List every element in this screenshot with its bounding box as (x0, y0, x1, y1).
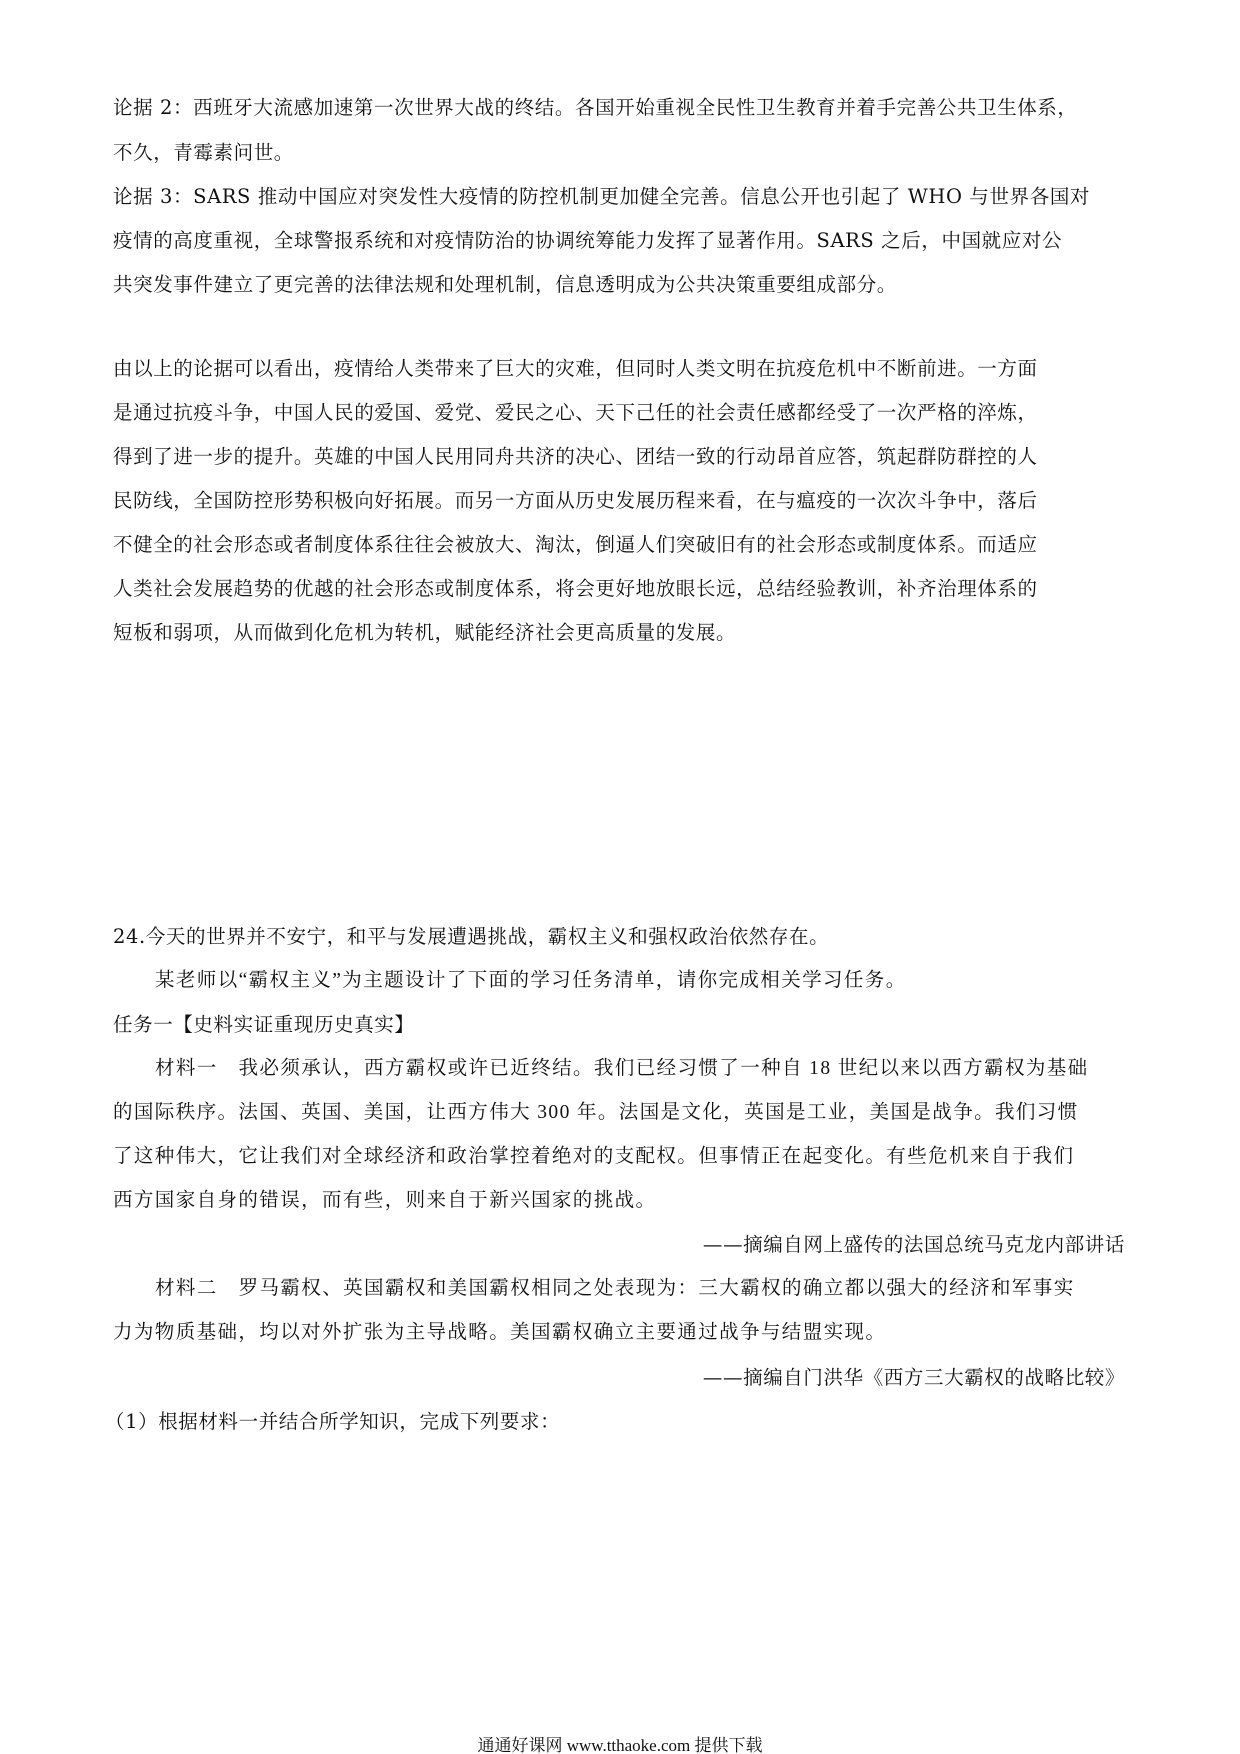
conclusion-line-5: 不健全的社会形态或者制度体系往往会被放大、淘汰，倒逼人们突破旧有的社会形态或制度… (113, 533, 1128, 557)
evidence-3-line-2: 疫情的高度重视，全球警报系统和对疫情防治的协调统筹能力发挥了显著作用。SARS … (113, 229, 1128, 253)
task-1-title: 任务一【史料实证重现历史真实】 (113, 1013, 1128, 1037)
page-footer: 通通好课网 www.tthaoke.com 提供下载 (0, 1731, 1240, 1754)
evidence-3-line-3: 共突发事件建立了更完善的法律法规和处理机制，信息透明成为公共决策重要组成部分。 (113, 273, 1128, 297)
material-1-line-3: 了这种伟大，它让我们对全球经济和政治掌控着绝对的支配权。但事情正在起变化。有些危… (113, 1145, 1128, 1169)
conclusion-line-3: 得到了进一步的提升。英雄的中国人民用同舟共济的决心、团结一致的行动昂首应答，筑起… (113, 445, 1128, 469)
document-page: 论据 2：西班牙大流感加速第一次世界大战的终结。各国开始重视全民性卫生教育并着手… (0, 0, 1240, 1754)
material-2-line-2: 力为物质基础，均以对外扩张为主导战略。美国霸权确立主要通过战争与结盟实现。 (113, 1321, 1128, 1345)
sub-question-1: （1）根据材料一并结合所学知识，完成下列要求： (105, 1410, 1120, 1434)
evidence-2-line-2: 不久，青霉素问世。 (113, 141, 1128, 165)
material-1-line-1: 材料一 我必须承认，西方霸权或许已近终结。我们已经习惯了一种自 18 世纪以来以… (155, 1057, 1170, 1081)
conclusion-line-7: 短板和弱项，从而做到化危机为转机，赋能经济社会更高质量的发展。 (113, 621, 1128, 645)
question-24-intro: 某老师以“霸权主义”为主题设计了下面的学习任务清单，请你完成相关学习任务。 (155, 969, 1170, 993)
conclusion-line-6: 人类社会发展趋势的优越的社会形态或制度体系，将会更好地放眼长远，总结经验教训，补… (113, 577, 1128, 601)
conclusion-line-1: 由以上的论据可以看出，疫情给人类带来了巨大的灾难，但同时人类文明在抗疫危机中不断… (113, 357, 1128, 381)
conclusion-line-4: 民防线，全国防控形势积极向好拓展。而另一方面从历史发展历程来看，在与瘟疫的一次次… (113, 489, 1128, 513)
material-1-source: ——摘编自网上盛传的法国总统马克龙内部讲话 (703, 1233, 1125, 1257)
material-2-source: ——摘编自门洪华《西方三大霸权的战略比较》 (703, 1366, 1125, 1390)
evidence-2-line-1: 论据 2：西班牙大流感加速第一次世界大战的终结。各国开始重视全民性卫生教育并着手… (113, 96, 1128, 120)
material-2-line-1: 材料二 罗马霸权、英国霸权和美国霸权相同之处表现为：三大霸权的确立都以强大的经济… (155, 1277, 1170, 1301)
conclusion-line-2: 是通过抗疫斗争，中国人民的爱国、爱党、爱民之心、天下己任的社会责任感都经受了一次… (113, 401, 1128, 425)
evidence-3-line-1: 论据 3：SARS 推动中国应对突发性大疫情的防控机制更加健全完善。信息公开也引… (113, 185, 1128, 209)
material-1-line-2: 的国际秩序。法国、英国、美国，让西方伟大 300 年。法国是文化，英国是工业，美… (113, 1101, 1128, 1125)
question-24-stem: 24.今天的世界并不安宁，和平与发展遭遇挑战，霸权主义和强权政治依然存在。 (113, 925, 1128, 949)
material-1-line-4: 西方国家自身的错误，而有些，则来自于新兴国家的挑战。 (113, 1189, 1128, 1213)
